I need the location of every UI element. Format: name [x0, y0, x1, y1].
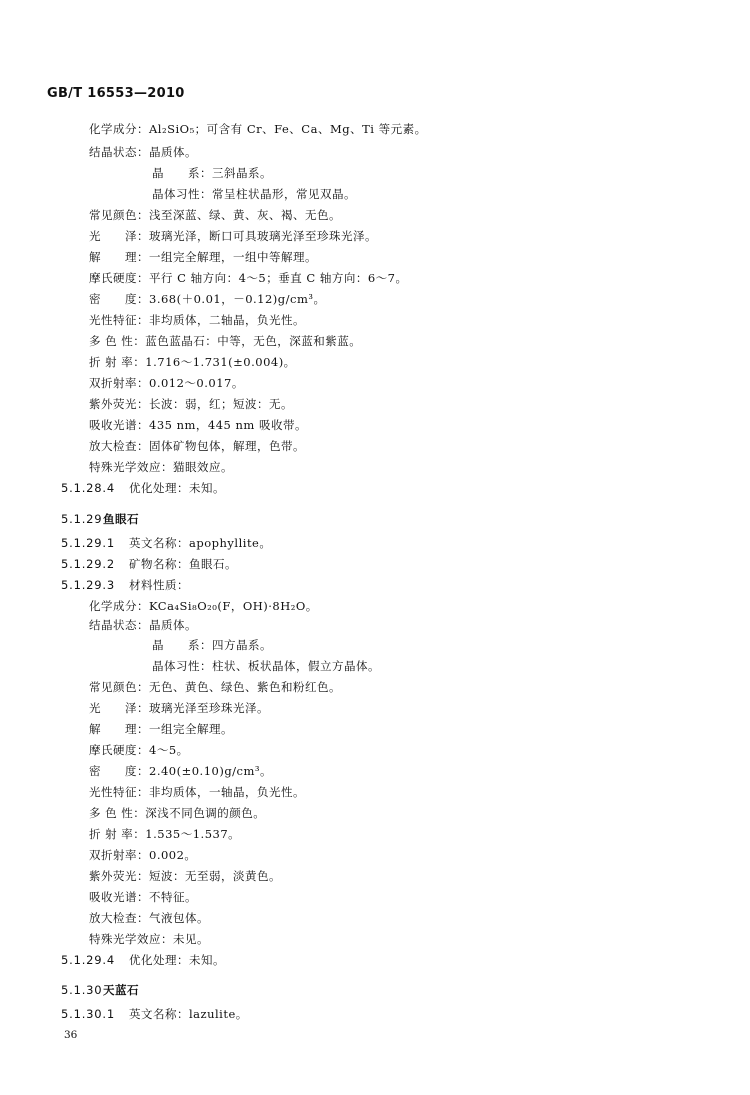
luster: 光 泽：玻璃光泽至珍珠光泽。	[89, 701, 269, 715]
optical-character: 光性特征：非均质体，一轴晶，负光性。	[89, 785, 305, 799]
density: 密 度：3.68(＋0.01，－0.12)g/cm³。	[89, 292, 325, 306]
crystal-system: 晶 系：三斜晶系。	[152, 166, 272, 180]
magnification-inspection: 放大检查：固体矿物包体，解理，色带。	[89, 439, 305, 453]
luster: 光 泽：玻璃光泽，断口可具玻璃光泽至珍珠光泽。	[89, 229, 377, 243]
section-5-1-29: 5.1.29鱼眼石	[61, 512, 139, 526]
clause-5-1-29-4: 5.1.29.4优化处理：未知。	[61, 953, 225, 967]
uv-fluorescence: 紫外荧光：长波：弱，红；短波：无。	[89, 397, 293, 411]
clause-number: 5.1.28.4	[61, 481, 129, 495]
clause-number: 5.1.29.2	[61, 557, 129, 571]
clause-number: 5.1.29.4	[61, 953, 129, 967]
clause-number: 5.1.29.3	[61, 578, 129, 592]
section-5-1-30: 5.1.30天蓝石	[61, 983, 139, 997]
section-title: 天蓝石	[103, 983, 139, 997]
section-number: 5.1.30	[61, 983, 103, 997]
crystal-system: 晶 系：四方晶系。	[152, 638, 272, 652]
crystal-habit: 晶体习性：常呈柱状晶形，常见双晶。	[152, 187, 356, 201]
magnification-inspection: 放大检查：气液包体。	[89, 911, 209, 925]
clause-5-1-29-1: 5.1.29.1英文名称：apophyllite。	[61, 536, 271, 550]
clause-5-1-29-2: 5.1.29.2矿物名称：鱼眼石。	[61, 557, 237, 571]
density: 密 度：2.40(±0.10)g/cm³。	[89, 764, 272, 778]
refractive-index: 折 射 率：1.716～1.731(±0.004)。	[89, 355, 296, 369]
birefringence: 双折射率：0.002。	[89, 848, 196, 862]
clause-text: 材料性质：	[129, 578, 189, 592]
section-number: 5.1.29	[61, 512, 103, 526]
birefringence: 双折射率：0.012～0.017。	[89, 376, 244, 390]
clause-text: 优化处理：未知。	[129, 481, 225, 495]
section-title: 鱼眼石	[103, 512, 139, 526]
chem-composition: 化学成分：KCa₄Si₈O₂₀(F，OH)·8H₂O。	[89, 599, 318, 613]
special-optical-effect: 特殊光学效应：未见。	[89, 932, 209, 946]
standard-header: GB/T 16553—2010	[47, 86, 185, 101]
clause-text: 矿物名称：鱼眼石。	[129, 557, 237, 571]
clause-number: 5.1.30.1	[61, 1007, 129, 1021]
pleochroism: 多 色 性：深浅不同色调的颜色。	[89, 806, 265, 820]
clause-5-1-29-3: 5.1.29.3材料性质：	[61, 578, 189, 592]
mohs-hardness: 摩氏硬度：4～5。	[89, 743, 189, 757]
common-colors: 常见颜色：无色、黄色、绿色、紫色和粉红色。	[89, 680, 341, 694]
optical-character: 光性特征：非均质体，二轴晶，负光性。	[89, 313, 305, 327]
clause-5-1-28-4: 5.1.28.4优化处理：未知。	[61, 481, 225, 495]
common-colors: 常见颜色：浅至深蓝、绿、黄、灰、褐、无色。	[89, 208, 341, 222]
cleavage: 解 理：一组完全解理。	[89, 722, 233, 736]
clause-text: 英文名称：apophyllite。	[129, 536, 271, 550]
clause-number: 5.1.29.1	[61, 536, 129, 550]
special-optical-effect: 特殊光学效应：猫眼效应。	[89, 460, 233, 474]
clause-text: 优化处理：未知。	[129, 953, 225, 967]
absorption-spectrum: 吸收光谱：不特征。	[89, 890, 197, 904]
pleochroism: 多 色 性：蓝色蓝晶石：中等，无色，深蓝和紫蓝。	[89, 334, 361, 348]
absorption-spectrum: 吸收光谱：435 nm，445 nm 吸收带。	[89, 418, 307, 432]
crystal-state: 结晶状态：晶质体。	[89, 618, 197, 632]
uv-fluorescence: 紫外荧光：短波：无至弱，淡黄色。	[89, 869, 281, 883]
mohs-hardness: 摩氏硬度：平行 C 轴方向：4～5；垂直 C 轴方向：6～7。	[89, 271, 407, 285]
crystal-state: 结晶状态：晶质体。	[89, 145, 197, 159]
clause-text: 英文名称：lazulite。	[129, 1007, 248, 1021]
cleavage: 解 理：一组完全解理，一组中等解理。	[89, 250, 317, 264]
clause-5-1-30-1: 5.1.30.1英文名称：lazulite。	[61, 1007, 248, 1021]
chem-composition: 化学成分：Al₂SiO₅；可含有 Cr、Fe、Ca、Mg、Ti 等元素。	[89, 122, 427, 136]
page-number: 36	[64, 1029, 77, 1041]
crystal-habit: 晶体习性：柱状、板状晶体，假立方晶体。	[152, 659, 380, 673]
refractive-index: 折 射 率：1.535～1.537。	[89, 827, 240, 841]
